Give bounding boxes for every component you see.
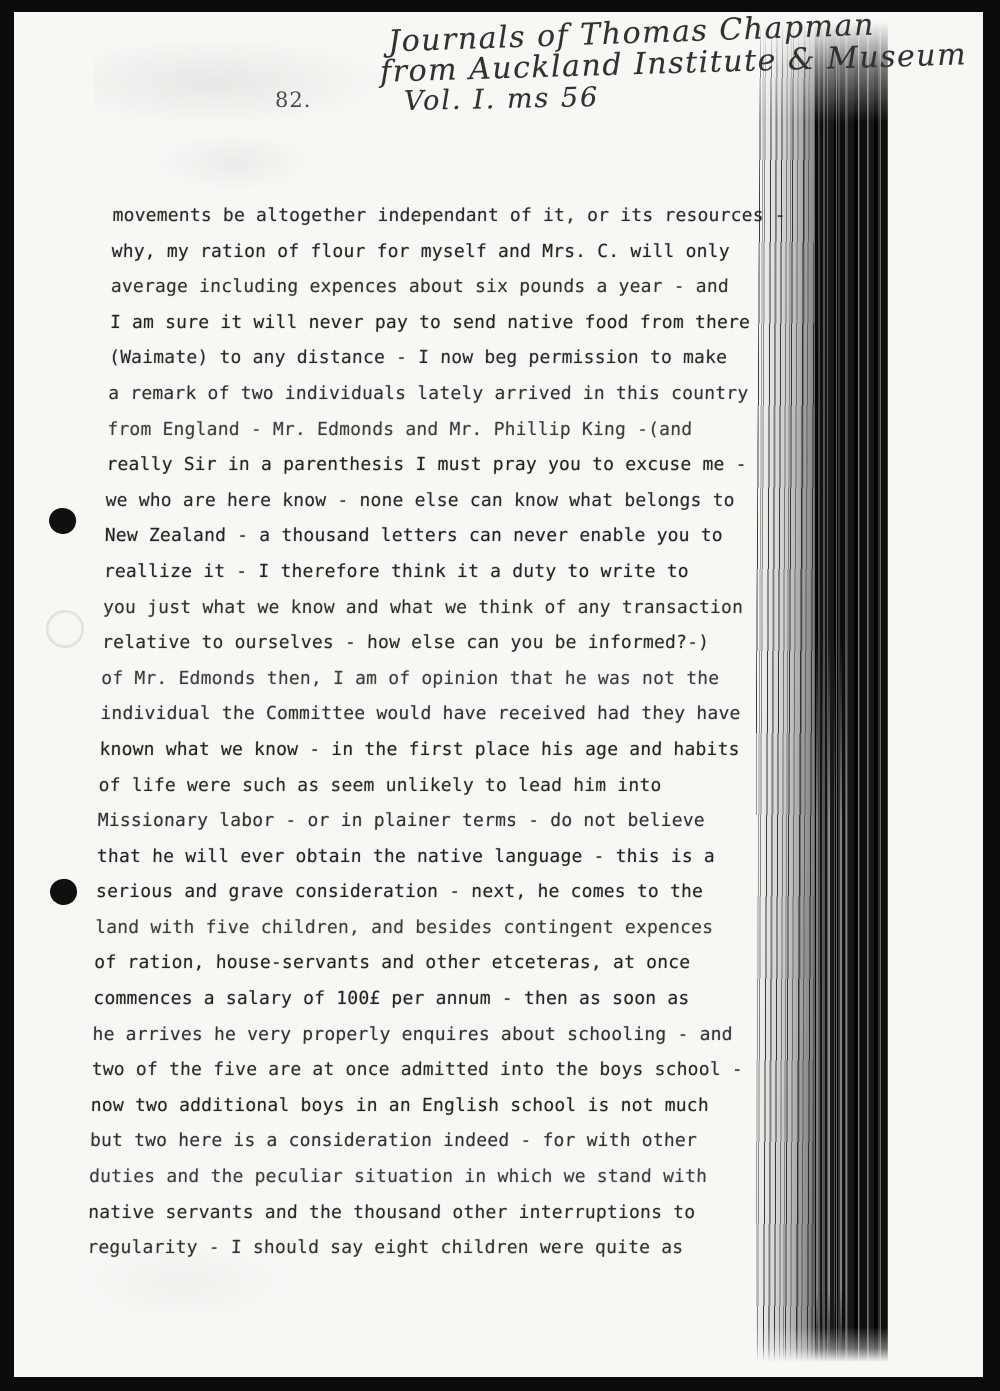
typed-line: New Zealand - a thousand letters can nev…	[104, 518, 765, 554]
typed-line: of ration, house-servants and other etce…	[94, 945, 755, 981]
typed-line: commences a salary of 100£ per annum - t…	[93, 981, 754, 1017]
typed-line: average including expences about six pou…	[110, 269, 771, 305]
typed-line: individual the Committee would have rece…	[100, 696, 761, 732]
typed-line: relative to ourselves - how else can you…	[102, 625, 763, 661]
typed-line: why, my ration of flour for myself and M…	[111, 234, 772, 270]
paper-smudge	[94, 37, 394, 127]
typed-line: native servants and the thousand other i…	[88, 1195, 749, 1231]
typed-line: Missionary labor - or in plainer terms -…	[97, 803, 758, 839]
scanned-document: Journals of Thomas Chapman from Auckland…	[0, 0, 1000, 1391]
typed-line: regularity - I should say eight children…	[87, 1230, 748, 1266]
typed-line: two of the five are at once admitted int…	[91, 1052, 752, 1088]
typed-line: from England - Mr. Edmonds and Mr. Phill…	[107, 412, 768, 448]
typed-line: duties and the peculiar situation in whi…	[89, 1159, 750, 1195]
gutter-light-streaks	[816, 638, 850, 1362]
typed-line: of life were such as seem unlikely to le…	[98, 768, 759, 804]
typed-line: reallize it - I therefore think it a dut…	[103, 554, 764, 590]
typed-line: movements be altogether independant of i…	[112, 198, 773, 234]
typed-line: you just what we know and what we think …	[103, 590, 764, 626]
page-number: 82.	[275, 88, 311, 112]
typed-line: known what we know - in the first place …	[99, 732, 760, 768]
typed-line: land with five children, and besides con…	[95, 910, 756, 946]
embossed-ring	[46, 610, 84, 648]
paper-smudge	[154, 132, 314, 192]
typed-line: of Mr. Edmonds then, I am of opinion tha…	[101, 661, 762, 697]
typed-line: I am sure it will never pay to send nati…	[110, 305, 771, 341]
typed-line: now two additional boys in an English sc…	[90, 1088, 751, 1124]
typed-line: (Waimate) to any distance - I now beg pe…	[109, 340, 770, 376]
typed-line: really Sir in a parenthesis I must pray …	[106, 447, 767, 483]
typed-body-text: movements be altogether independant of i…	[87, 198, 773, 1266]
typed-line: we who are here know - none else can kno…	[105, 483, 766, 519]
typed-line: but two here is a consideration indeed -…	[90, 1123, 751, 1159]
typed-line: serious and grave consideration - next, …	[96, 874, 757, 910]
typed-line: a remark of two individuals lately arriv…	[108, 376, 769, 412]
typed-line: he arrives he very properly enquires abo…	[92, 1017, 753, 1053]
typed-line: that he will ever obtain the native lang…	[96, 839, 757, 875]
